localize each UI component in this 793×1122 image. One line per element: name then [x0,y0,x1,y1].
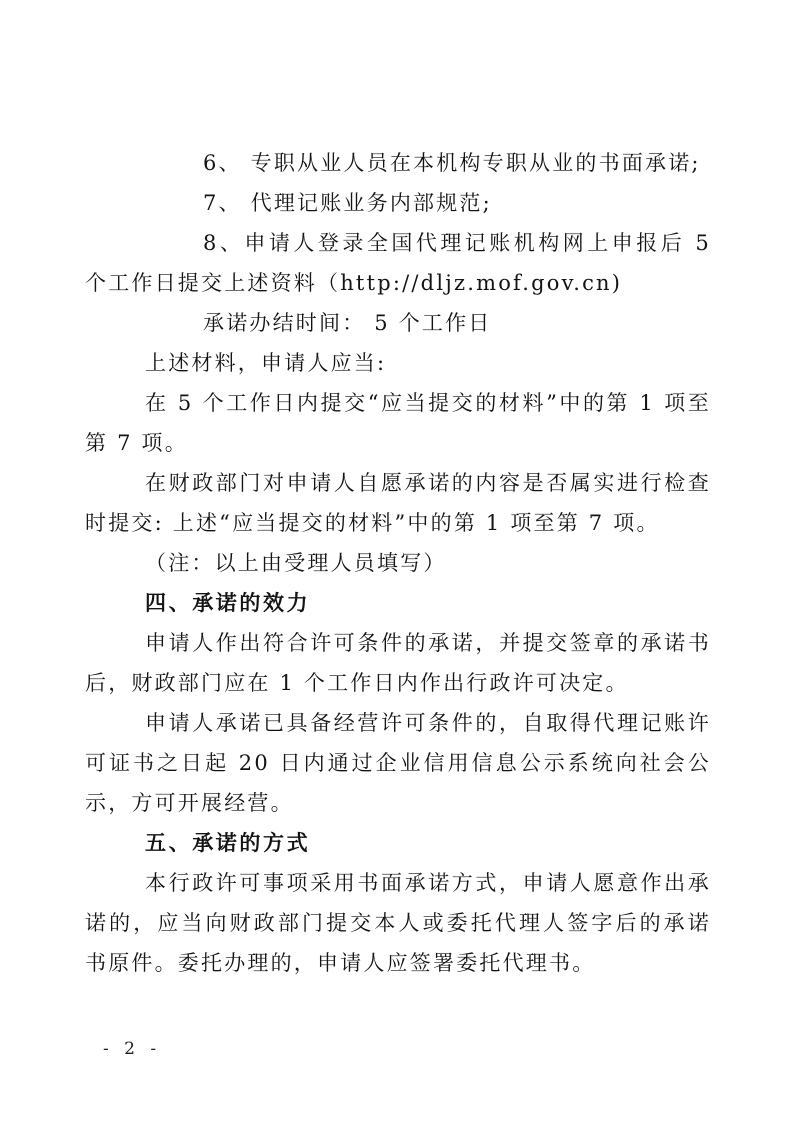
paragraph: 本行政许可事项采用书面承诺方式，申请人愿意作出承诺的，应当向财政部门提交本人或委… [85,863,711,983]
list-item: 7、 代理记账业务内部规范; [85,183,711,223]
paragraph: 在 5 个工作日内提交“应当提交的材料”中的第 1 项至第 7 项。 [85,383,711,463]
document-body: 6、 专职从业人员在本机构专职从业的书面承诺;7、 代理记账业务内部规范;8、申… [85,143,711,983]
paragraph: （注：以上由受理人员填写） [85,543,711,583]
list-item: 8、申请人登录全国代理记账机构网上申报后 5 个工作日提交上述资料（http:/… [85,223,711,303]
paragraph: 在财政部门对申请人自愿承诺的内容是否属实进行检查时提交: 上述“应当提交的材料”… [85,463,711,543]
section-heading: 四、承诺的效力 [85,583,711,623]
list-item: 承诺办结时间： 5 个工作日 [85,303,711,343]
document-page: 6、 专职从业人员在本机构专职从业的书面承诺;7、 代理记账业务内部规范;8、申… [0,0,793,1122]
paragraph: 上述材料，申请人应当: [85,343,711,383]
section-heading: 五、承诺的方式 [85,823,711,863]
paragraph: 申请人承诺已具备经营许可条件的，自取得代理记账许可证书之日起 20 日内通过企业… [85,703,711,823]
list-item: 6、 专职从业人员在本机构专职从业的书面承诺; [85,143,711,183]
paragraph: 申请人作出符合许可条件的承诺，并提交签章的承诺书后，财政部门应在 1 个工作日内… [85,623,711,703]
page-number: - 2 - [103,1036,161,1062]
